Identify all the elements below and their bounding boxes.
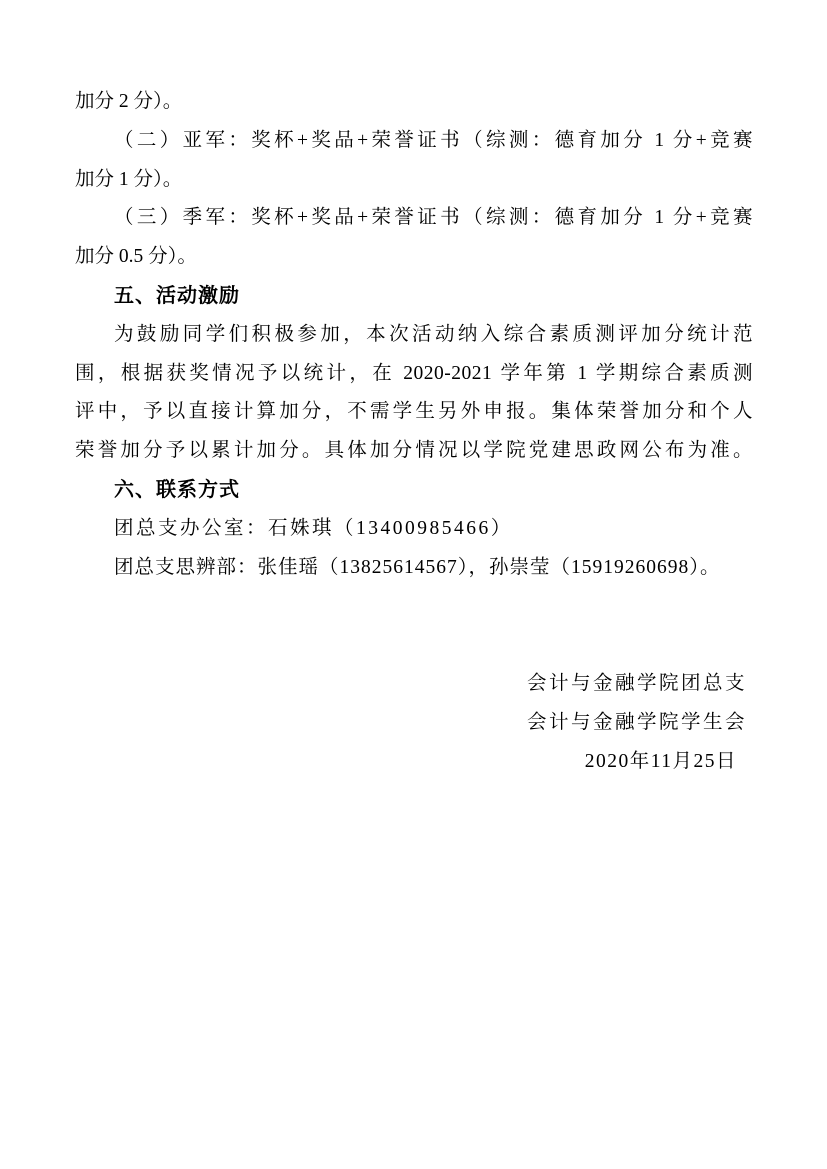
award-champion-score-tail: 加分 2 分）。 (75, 83, 753, 122)
document-text: 加分 2 分）。 （二）亚军：奖杯+奖品+荣誉证书（综测：德育加分 1 分+竞赛… (75, 83, 753, 781)
signature-org-youth-league: 会计与金融学院团总支 (75, 665, 753, 704)
document-page: 加分 2 分）。 （二）亚军：奖杯+奖品+荣誉证书（综测：德育加分 1 分+竞赛… (0, 0, 827, 1169)
contact-office-line: 团总支办公室：石姝琪（13400985466） (75, 510, 753, 549)
award-third-place-score-tail: 加分 0.5 分）。 (75, 238, 753, 277)
award-third-place-line: （三）季军：奖杯+奖品+荣誉证书（综测：德育加分 1 分+竞赛 (75, 199, 753, 238)
incentive-paragraph-line-2: 围，根据获奖情况予以统计，在 2020-2021 学年第 1 学期综合素质测 (75, 355, 753, 394)
blank-lines (75, 587, 753, 665)
incentive-paragraph-line-1: 为鼓励同学们积极参加，本次活动纳入综合素质测评加分统计范 (75, 316, 753, 355)
signature-date: 2020年11月25日 (75, 743, 753, 782)
contact-debate-dept-line: 团总支思辨部：张佳瑶（13825614567），孙崇莹（15919260698）… (75, 549, 753, 588)
signature-org-student-union: 会计与金融学院学生会 (75, 704, 753, 743)
section-heading-contact: 六、联系方式 (75, 471, 753, 510)
incentive-paragraph-line-4: 荣誉加分予以累计加分。具体加分情况以学院党建思政网公布为准。 (75, 432, 753, 471)
section-heading-incentive: 五、活动激励 (75, 277, 753, 316)
award-runner-up-line: （二）亚军：奖杯+奖品+荣誉证书（综测：德育加分 1 分+竞赛 (75, 122, 753, 161)
incentive-paragraph-line-3: 评中，予以直接计算加分，不需学生另外申报。集体荣誉加分和个人 (75, 393, 753, 432)
award-runner-up-score-tail: 加分 1 分）。 (75, 161, 753, 200)
